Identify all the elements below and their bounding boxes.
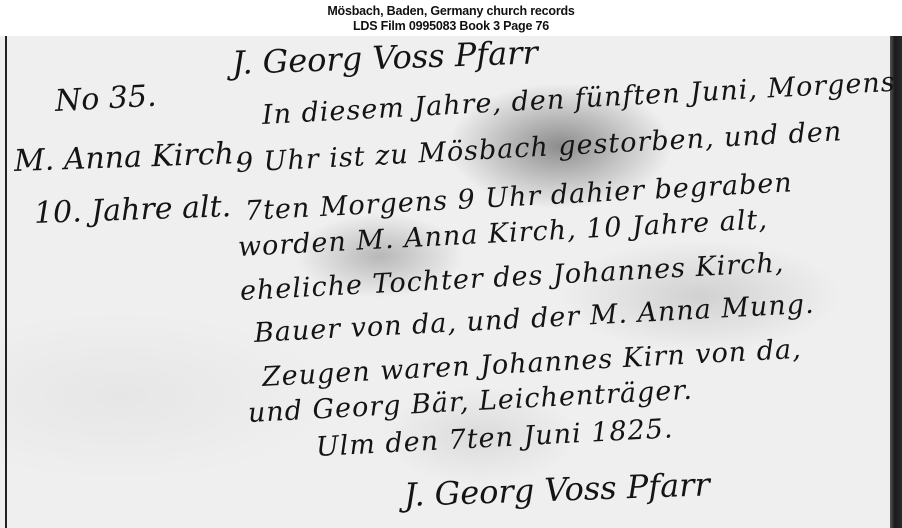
entry-number: No 35.	[54, 79, 157, 119]
margin-rule-line	[5, 36, 7, 528]
top-signature: J. Georg Voss Pfarr	[231, 36, 538, 82]
scanned-record-page: J. Georg Voss Pfarr No 35. M. Anna Kirch…	[0, 36, 902, 528]
bottom-signature: J. Georg Voss Pfarr	[403, 465, 710, 514]
page-edge-shadow	[890, 36, 902, 528]
document-caption: Mösbach, Baden, Germany church records L…	[0, 0, 902, 36]
margin-deceased-name: M. Anna Kirch.	[13, 136, 244, 179]
caption-location: Mösbach, Baden, Germany church records	[0, 4, 902, 19]
margin-deceased-age: 10. Jahre alt.	[33, 189, 231, 231]
caption-film-reference: LDS Film 0995083 Book 3 Page 76	[0, 19, 902, 34]
